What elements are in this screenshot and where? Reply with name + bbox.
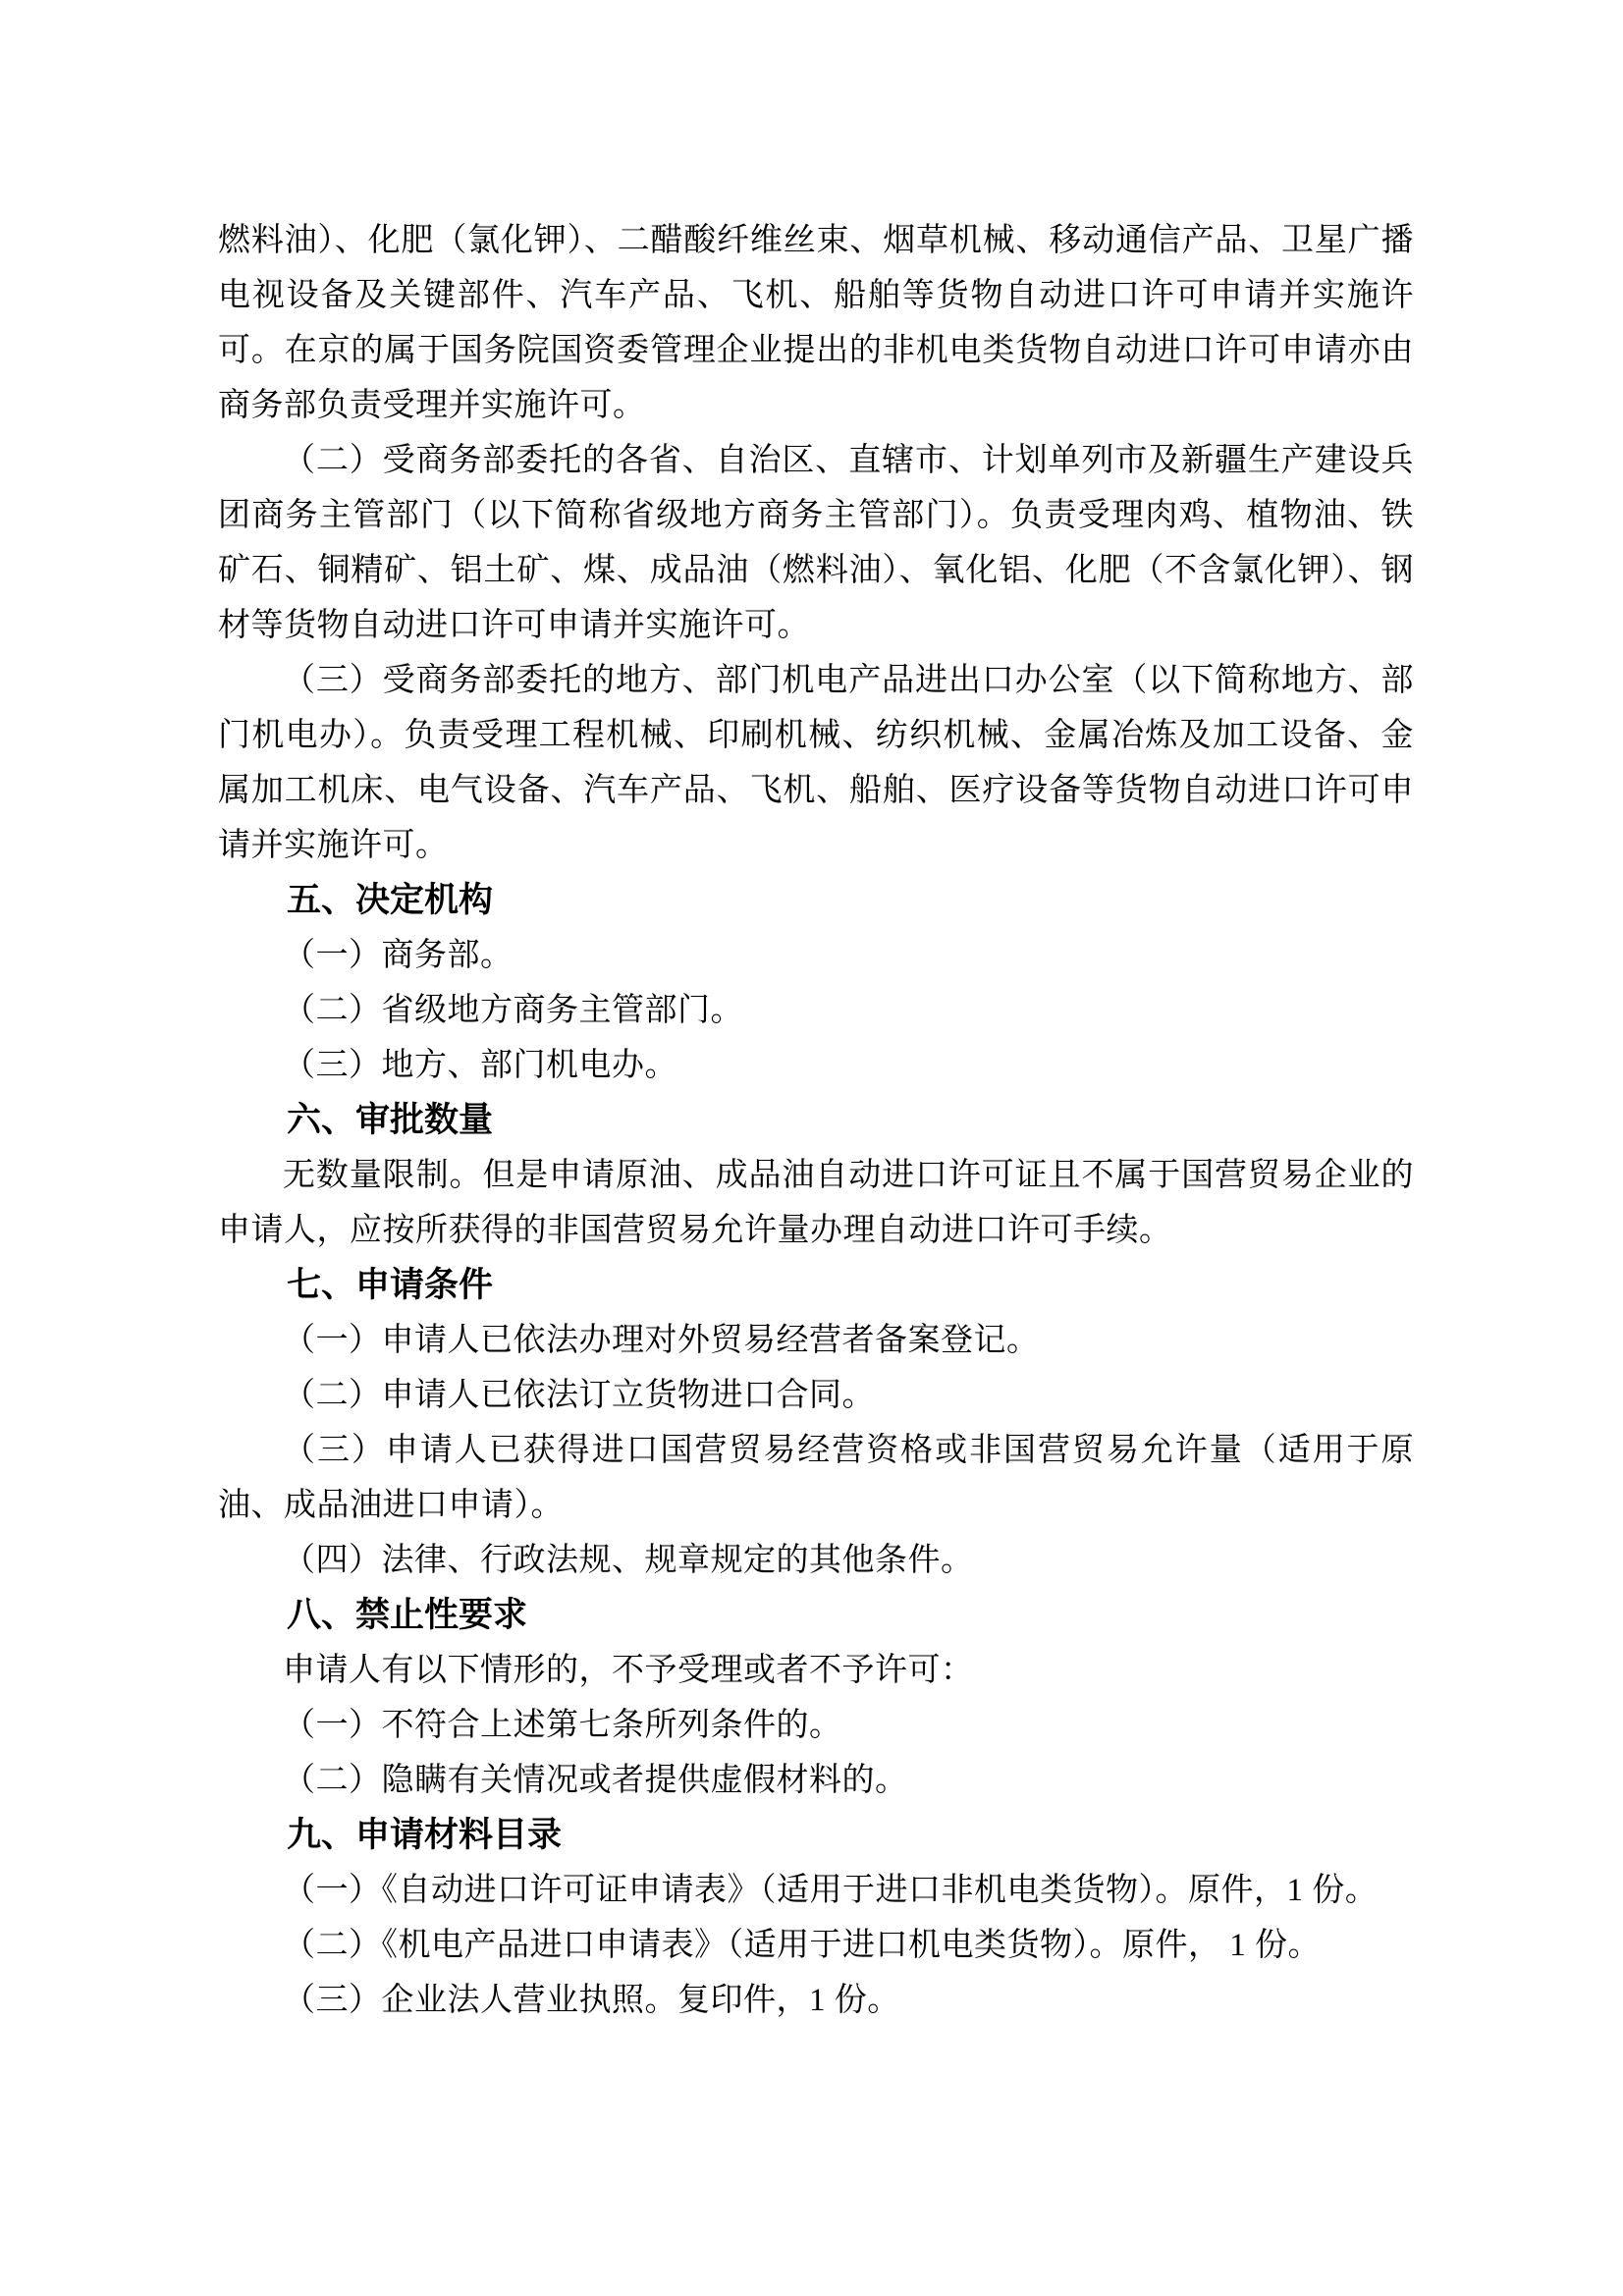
list-item-9-3: （三）企业法人营业执照。复印件，1 份。 (218, 1973, 1414, 2028)
list-item-7-4: （四）法律、行政法规、规章规定的其他条件。 (218, 1533, 1414, 1588)
heading-section-6-approval-quantity: 六、审批数量 (218, 1093, 1414, 1148)
list-item-5-3: （三）地方、部门机电办。 (218, 1038, 1414, 1093)
paragraph-no-quantity-limit: 无数量限制。但是申请原油、成品油自动进口许可证且不属于国营贸易企业的申请人，应按… (218, 1148, 1414, 1258)
paragraph-prohibitive-intro: 申请人有以下情形的，不予受理或者不予许可： (218, 1643, 1414, 1698)
heading-section-5-deciding-bodies: 五、决定机构 (218, 873, 1414, 928)
document-page: 燃料油）、化肥（氯化钾）、二醋酸纤维丝束、烟草机械、移动通信产品、卫星广播电视设… (0, 0, 1623, 2296)
list-item-7-1: （一）申请人已依法办理对外贸易经营者备案登记。 (218, 1313, 1414, 1368)
list-item-7-3: （三）申请人已获得进口国营贸易经营资格或非国营贸易允许量（适用于原油、成品油进口… (218, 1423, 1414, 1533)
list-item-8-2: （二）隐瞒有关情况或者提供虚假材料的。 (218, 1753, 1414, 1808)
paragraph-entrusted-provincial-authorities: （二）受商务部委托的各省、自治区、直辖市、计划单列市及新疆生产建设兵团商务主管部… (218, 433, 1414, 653)
paragraph-entrusted-mechatronics-offices: （三）受商务部委托的地方、部门机电产品进出口办公室（以下简称地方、部门机电办）。… (218, 653, 1414, 873)
list-item-9-1: （一）《自动进口许可证申请表》（适用于进口非机电类货物）。原件，1 份。 (218, 1863, 1414, 1918)
text-column: 燃料油）、化肥（氯化钾）、二醋酸纤维丝束、烟草机械、移动通信产品、卫星广播电视设… (218, 213, 1414, 2028)
list-item-8-1: （一）不符合上述第七条所列条件的。 (218, 1698, 1414, 1753)
heading-section-7-application-conditions: 七、申请条件 (218, 1258, 1414, 1313)
list-item-5-2: （二）省级地方商务主管部门。 (218, 983, 1414, 1038)
heading-section-9-application-materials: 九、申请材料目录 (218, 1808, 1414, 1863)
paragraph-goods-continued: 燃料油）、化肥（氯化钾）、二醋酸纤维丝束、烟草机械、移动通信产品、卫星广播电视设… (218, 213, 1414, 433)
list-item-9-2: （二）《机电产品进口申请表》（适用于进口机电类货物）。原件， 1 份。 (218, 1918, 1414, 1973)
heading-section-8-prohibitive-requirements: 八、禁止性要求 (218, 1588, 1414, 1643)
list-item-5-1: （一）商务部。 (218, 928, 1414, 983)
list-item-7-2: （二）申请人已依法订立货物进口合同。 (218, 1368, 1414, 1423)
